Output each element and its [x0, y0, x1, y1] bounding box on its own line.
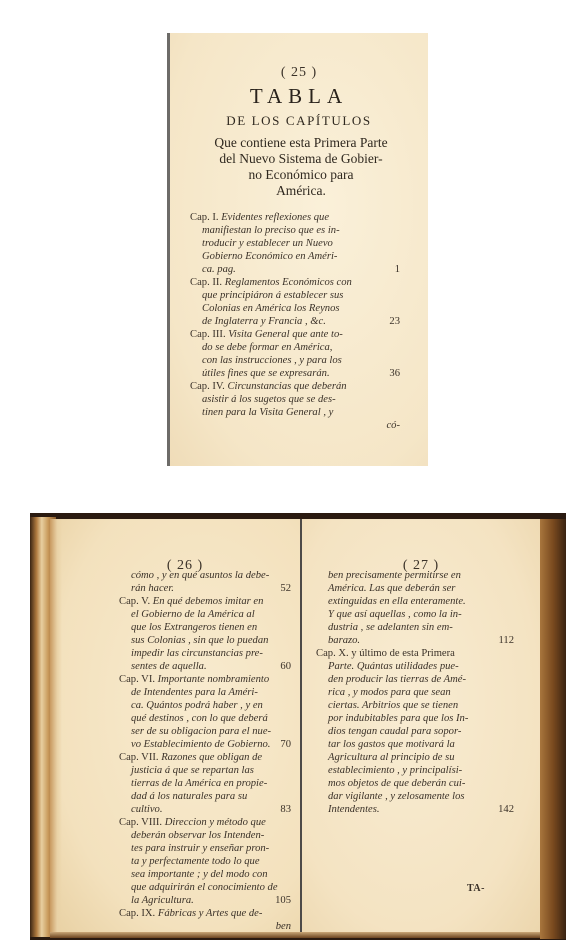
intro-line: no Económico para	[188, 167, 414, 183]
chapter-description: Evidentes reflexiones que	[221, 212, 329, 223]
chapter-entry-line: América. Las que deberán ser	[316, 582, 514, 595]
chapter-entry-line: qué destinos , con lo que deberá	[119, 712, 291, 725]
chapter-entry-line: de Intendentes para la Améri-	[119, 686, 291, 699]
chapter-entry-line: rica , y modos para que sean	[316, 686, 514, 699]
chapter-description: Razones que obligan de	[161, 752, 262, 763]
chapter-entry-start: Cap. V. En qué debemos imitar en	[119, 595, 291, 608]
chapter-description: troducir y establecer un Nuevo	[202, 238, 333, 249]
left-page-26: ( 26 ) cómo , y en qué asuntos la debe-r…	[50, 519, 300, 933]
chapter-description: ta y perfectamente todo lo que	[131, 856, 260, 867]
chapter-description: útiles fines que se expresarán.	[202, 368, 330, 379]
chapter-entry-line: sentes de aquella.60	[119, 660, 291, 673]
chapter-label: Cap. X. y último de esta Primera	[316, 648, 455, 659]
chapter-entry-line: asistir á los sugetos que se des-	[190, 393, 400, 406]
page-reference: 36	[389, 367, 400, 380]
chapter-description: de Intendentes para la Améri-	[131, 687, 258, 698]
chapter-description: Visita General que ante to-	[228, 329, 343, 340]
chapter-description: tierras de la América en propie-	[131, 778, 267, 789]
chapter-entry-line: mos objetos de que deberán cui-	[316, 777, 514, 790]
top-page-25: ( 25 ) TABLA DE LOS CAPÍTULOS Que contie…	[167, 33, 428, 466]
chapter-entry-line: ben precisamente permitirse en	[316, 569, 514, 582]
chapter-entry-line: cómo , y en qué asuntos la debe-	[119, 569, 291, 582]
intro-paragraph: Que contiene esta Primera Parte del Nuev…	[188, 135, 414, 199]
chapter-description: Colonias en América los Reynos	[202, 303, 340, 314]
page-reference: 83	[280, 803, 291, 816]
chapter-entry-line: vo Establecimiento de Gobierno.70	[119, 738, 291, 751]
chapter-entry-line: establecimiento , y principalísi-	[316, 764, 514, 777]
chapter-label: Cap. VII.	[119, 752, 159, 763]
chapter-description: ciertas. Arbitrios que se tienen	[328, 700, 458, 711]
chapter-entry-line: rán hacer.52	[119, 582, 291, 595]
chapter-description: có-	[386, 420, 400, 431]
chapter-entry-line: dar vigilante , y zelosamente los	[316, 790, 514, 803]
chapter-label: Cap. II.	[190, 277, 222, 288]
chapter-entry-start: Cap. VI. Importante nombramiento	[119, 673, 291, 686]
chapter-description: vo Establecimiento de Gobierno.	[131, 739, 270, 750]
chapter-entry-line: dustria , se adelanten sin em-	[316, 621, 514, 634]
chapter-entry-line: que los Extrangeros tienen en	[119, 621, 291, 634]
page-reference: 70	[280, 738, 291, 751]
chapter-entry-line: sus Colonias , sin que lo puedan	[119, 634, 291, 647]
chapter-entry-line: Gobierno Económico en Améri-	[190, 250, 400, 263]
chapter-description: asistir á los sugetos que se des-	[202, 394, 336, 405]
chapter-label: Cap. IV.	[190, 381, 225, 392]
chapter-entry-line: Intendentes.142	[316, 803, 514, 816]
chapter-entry-start: Cap. I. Evidentes reflexiones que	[190, 211, 400, 224]
chapter-description: que los Extrangeros tienen en	[131, 622, 257, 633]
chapter-entry-start: Cap. IV. Circunstancias que deberán	[190, 380, 400, 393]
chapter-description: qué destinos , con lo que deberá	[131, 713, 268, 724]
chapter-description: cómo , y en qué asuntos la debe-	[131, 570, 269, 581]
chapter-entry-line: justicia á que se repartan las	[119, 764, 291, 777]
chapter-entry-line: de Inglaterra y Francia , &c.23	[190, 315, 400, 328]
chapter-description: Circunstancias que deberán	[227, 381, 346, 392]
chapter-description: Agricultura al principio de su	[328, 752, 455, 763]
chapter-description: de Inglaterra y Francia , &c.	[202, 316, 326, 327]
chapter-description: que adquirirán el conocimiento de	[131, 882, 278, 893]
chapter-entry-start: Cap. IX. Fábricas y Artes que de-	[119, 907, 291, 920]
chapter-description: extinguidas en ella enteramente.	[328, 596, 466, 607]
chapter-entry-line: ser de su obligacion para el nue-	[119, 725, 291, 738]
chapter-entry-line: dad á los naturales para su	[119, 790, 291, 803]
chapter-description: dad á los naturales para su	[131, 791, 247, 802]
chapter-entry-start: Cap. VIII. Direccion y método que	[119, 816, 291, 829]
chapter-entry-line: ciertas. Arbitrios que se tienen	[316, 699, 514, 712]
chapter-label: Cap. IX.	[119, 908, 155, 919]
chapter-entry-start: Cap. X. y último de esta Primera	[316, 647, 514, 660]
chapter-description: do se debe formar en América,	[202, 342, 332, 353]
chapter-entry-line: có-	[190, 419, 400, 432]
chapter-description: que principiáron á establecer sus	[202, 290, 343, 301]
chapter-description: rica , y modos para que sean	[328, 687, 451, 698]
chapter-entry-start: Cap. VII. Razones que obligan de	[119, 751, 291, 764]
chapter-entry-line: deberán observar los Intenden-	[119, 829, 291, 842]
chapter-description: América. Las que deberán ser	[328, 583, 455, 594]
chapter-entry-line: barazo.112	[316, 634, 514, 647]
chapter-entry-line: impedir las circunstancias pre-	[119, 647, 291, 660]
chapter-entry-line: Parte. Quántas utilidades pue-	[316, 660, 514, 673]
chapter-description: sea importante ; y del modo con	[131, 869, 268, 880]
chapter-description: manifiestan lo preciso que es in-	[202, 225, 340, 236]
chapter-description: cultivo.	[131, 804, 162, 815]
chapter-description: Y que así aquellas , como la in-	[328, 609, 462, 620]
chapter-description: por indubitables para que los In-	[328, 713, 468, 724]
intro-line: América.	[188, 183, 414, 199]
chapter-description: dios tengan caudal para sopor-	[328, 726, 461, 737]
chapter-entry-line: do se debe formar en América,	[190, 341, 400, 354]
chapter-entry-line: manifiestan lo preciso que es in-	[190, 224, 400, 237]
chapter-label: Cap. VI.	[119, 674, 155, 685]
chapter-entry-line: Colonias en América los Reynos	[190, 302, 400, 315]
chapter-label: Cap. V.	[119, 596, 150, 607]
chapter-description: tar los gastos que motivará la	[328, 739, 455, 750]
table-of-contents: cómo , y en qué asuntos la debe-rán hace…	[119, 569, 291, 933]
chapter-description: ser de su obligacion para el nue-	[131, 726, 271, 737]
chapter-description: ben	[276, 921, 291, 932]
chapter-entry-line: cultivo.83	[119, 803, 291, 816]
chapter-description: justicia á que se repartan las	[131, 765, 254, 776]
chapter-description: con las instrucciones , y para los	[202, 355, 342, 366]
page-number: ( 25 )	[170, 65, 428, 81]
table-of-contents: ben precisamente permitirse enAmérica. L…	[316, 569, 514, 816]
chapter-description: Parte. Quántas utilidades pue-	[328, 661, 459, 672]
intro-line: del Nuevo Sistema de Gobier-	[188, 151, 414, 167]
chapter-description: sentes de aquella.	[131, 661, 207, 672]
chapter-entry-start: Cap. III. Visita General que ante to-	[190, 328, 400, 341]
page-reference: 52	[280, 582, 291, 595]
chapter-description: mos objetos de que deberán cui-	[328, 778, 465, 789]
chapter-entry-line: dios tengan caudal para sopor-	[316, 725, 514, 738]
chapter-entry-line: útiles fines que se expresarán.36	[190, 367, 400, 380]
chapter-label: Cap. I.	[190, 212, 219, 223]
table-of-contents: Cap. I. Evidentes reflexiones quemanifie…	[190, 211, 400, 432]
catchword: TA-	[467, 883, 485, 894]
chapter-entry-line: ca. Quántos podrá haber , y en	[119, 699, 291, 712]
chapter-description: Reglamentos Económicos con	[225, 277, 352, 288]
chapter-entry-line: Y que así aquellas , como la in-	[316, 608, 514, 621]
chapter-description: tinen para la Visita General , y	[202, 407, 333, 418]
page-reference: 23	[389, 315, 400, 328]
chapter-description: impedir las circunstancias pre-	[131, 648, 263, 659]
chapter-entry-line: sea importante ; y del modo con	[119, 868, 291, 881]
chapter-description: barazo.	[328, 635, 360, 646]
chapter-label: Cap. III.	[190, 329, 226, 340]
page-reference: 1	[395, 263, 400, 276]
chapter-entry-line: extinguidas en ella enteramente.	[316, 595, 514, 608]
chapter-entry-line: ta y perfectamente todo lo que	[119, 855, 291, 868]
chapter-entry-line: Agricultura al principio de su	[316, 751, 514, 764]
chapter-description: Direccion y método que	[165, 817, 266, 828]
chapter-description: ben precisamente permitirse en	[328, 570, 461, 581]
chapter-entry-start: Cap. II. Reglamentos Económicos con	[190, 276, 400, 289]
chapter-description: rán hacer.	[131, 583, 174, 594]
book-bottom-edge	[50, 932, 540, 938]
chapter-description: den producir las tierras de Amé-	[328, 674, 466, 685]
chapter-description: ca. Quántos podrá haber , y en	[131, 700, 263, 711]
chapter-entry-line: que adquirirán el conocimiento de	[119, 881, 291, 894]
chapter-description: establecimiento , y principalísi-	[328, 765, 462, 776]
right-page-27: ( 27 ) ben precisamente permitirse enAmé…	[302, 519, 540, 933]
chapter-description: Fábricas y Artes que de-	[158, 908, 263, 919]
page-subtitle: DE LOS CAPÍTULOS	[170, 113, 428, 129]
page-title: TABLA	[170, 84, 428, 109]
chapter-entry-line: el Gobierno de la América al	[119, 608, 291, 621]
chapter-description: la Agricultura.	[131, 895, 194, 906]
chapter-entry-line: ca. pag.1	[190, 263, 400, 276]
chapter-description: Gobierno Económico en Améri-	[202, 251, 337, 262]
chapter-description: sus Colonias , sin que lo puedan	[131, 635, 268, 646]
chapter-label: Cap. VIII.	[119, 817, 162, 828]
chapter-description: Intendentes.	[328, 804, 379, 815]
chapter-entry-line: la Agricultura.105	[119, 894, 291, 907]
page-edges	[540, 519, 566, 939]
page-reference: 60	[280, 660, 291, 673]
chapter-description: ca. pag.	[202, 264, 236, 275]
chapter-description: el Gobierno de la América al	[131, 609, 255, 620]
chapter-entry-line: troducir y establecer un Nuevo	[190, 237, 400, 250]
chapter-entry-line: tierras de la América en propie-	[119, 777, 291, 790]
chapter-description: Importante nombramiento	[158, 674, 270, 685]
chapter-description: dar vigilante , y zelosamente los	[328, 791, 465, 802]
book-spread: ( 26 ) cómo , y en qué asuntos la debe-r…	[30, 513, 566, 940]
chapter-entry-line: tinen para la Visita General , y	[190, 406, 400, 419]
chapter-entry-line: por indubitables para que los In-	[316, 712, 514, 725]
intro-line: Que contiene esta Primera Parte	[188, 135, 414, 151]
chapter-entry-line: tes para instruir y enseñar pron-	[119, 842, 291, 855]
chapter-description: deberán observar los Intenden-	[131, 830, 264, 841]
chapter-entry-line: con las instrucciones , y para los	[190, 354, 400, 367]
chapter-entry-line: tar los gastos que motivará la	[316, 738, 514, 751]
chapter-description: dustria , se adelanten sin em-	[328, 622, 453, 633]
page-reference: 142	[498, 803, 514, 816]
chapter-entry-line: que principiáron á establecer sus	[190, 289, 400, 302]
page-reference: 105	[275, 894, 291, 907]
chapter-description: En qué debemos imitar en	[153, 596, 264, 607]
page-reference: 112	[499, 634, 515, 647]
chapter-description: tes para instruir y enseñar pron-	[131, 843, 269, 854]
chapter-entry-line: den producir las tierras de Amé-	[316, 673, 514, 686]
